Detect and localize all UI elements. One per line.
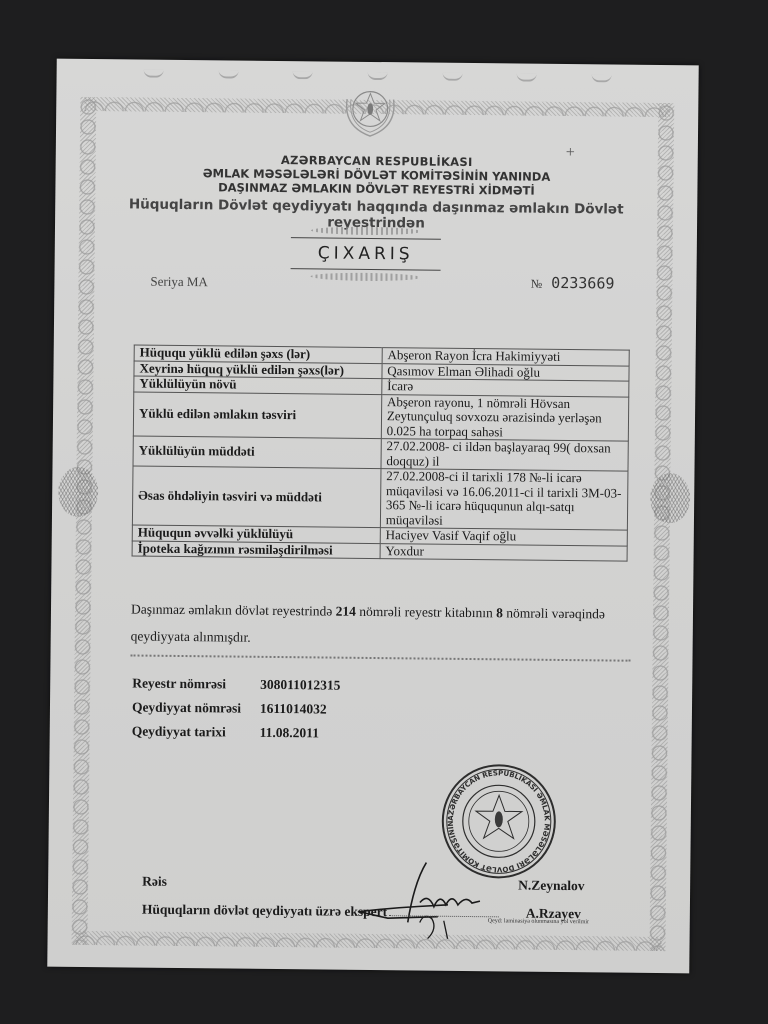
table-row: Əsas öhdəliyin təsviri və müddəti27.02.2… <box>132 466 628 530</box>
rosette-right <box>650 473 691 523</box>
row-value: Qasımov Elman Əlihadi oğlu <box>382 363 629 381</box>
detail-value: 1611014032 <box>260 701 327 718</box>
row-label: İpoteka kağızının rəsmiləşdirilməsi <box>132 540 380 558</box>
dotted-divider <box>131 654 631 661</box>
document-title-block: ÇIXARIŞ <box>290 226 441 282</box>
row-value: Abşeron rayonu, 1 nömrəli Hövsan Zeytunç… <box>381 394 629 441</box>
chief-label: Rəis <box>142 874 167 890</box>
detail-value: 308011012315 <box>260 677 340 694</box>
document-number-value: 0233669 <box>551 274 614 293</box>
detail-label: Reyestr nömrəsi <box>132 675 260 692</box>
registration-detail-row: Qeydiyyat tarixi11.08.2011 <box>132 719 341 745</box>
encumbrance-table: Hüququ yüklü edilən şəxs (lər)Abşeron Ra… <box>132 344 630 561</box>
row-label: Əsas öhdəliyin təsviri və müddəti <box>132 466 380 528</box>
rosette-left <box>58 467 99 517</box>
row-label: Yüklülüyün müddəti <box>133 436 381 469</box>
row-label: Yüklü edilən əmlakın təsviri <box>133 391 381 438</box>
registration-statement: Daşınmaz əmlakın dövlət reyestrində 214 … <box>131 595 632 654</box>
register-book-number: 214 <box>336 604 356 619</box>
row-value: 27.02.2008- ci ildən başlayaraq 99( doxs… <box>381 439 628 472</box>
guilloche-border-left <box>71 97 96 945</box>
state-emblem-icon <box>341 82 400 141</box>
signature-mark-icon <box>348 842 509 944</box>
title-ornament-bottom <box>310 272 420 281</box>
document-header: AZƏRBAYCAN RESPUBLİKASI ƏMLAK MƏSƏLƏLƏRİ… <box>95 151 658 234</box>
expert-label: Hüquqların dövlət qeydiyyatı üzrə eksper… <box>142 902 387 920</box>
chief-name: N.Zeynalov <box>518 878 585 895</box>
title-ornament-top <box>311 226 421 235</box>
certificate-document: + AZƏRBAYCAN RESPUBLİKASI ƏMLAK MƏSƏLƏLƏ… <box>47 59 698 974</box>
document-title: ÇIXARIŞ <box>291 241 441 267</box>
expert-line: Hüquqların dövlət qeydiyyatı üzrə eksper… <box>142 902 499 922</box>
row-label: Yüklülüyün növü <box>134 376 382 394</box>
lamination-note: Qeyd: laminasiya olunmasına yol verilmir <box>488 918 589 925</box>
detail-value: 11.08.2011 <box>260 725 319 742</box>
number-sign: № <box>531 277 543 291</box>
table-row: Yüklü edilən əmlakın təsviriAbşeron rayo… <box>133 391 628 441</box>
document-number: № 0233669 <box>531 274 615 293</box>
registration-detail-row: Qeydiyyat nömrəsi1611014032 <box>132 695 341 721</box>
registration-detail-row: Reyestr nömrəsi308011012315 <box>132 671 341 697</box>
registration-details: Reyestr nömrəsi308011012315Qeydiyyat nöm… <box>132 671 341 745</box>
row-value: 27.02.2008-ci il tarixli 178 №-li icarə … <box>380 469 628 531</box>
detail-label: Qeydiyyat tarixi <box>132 723 260 740</box>
detail-label: Qeydiyyat nömrəsi <box>132 699 260 716</box>
series-label: Seriya MA <box>150 274 208 291</box>
row-value: Yoxdur <box>380 543 627 561</box>
